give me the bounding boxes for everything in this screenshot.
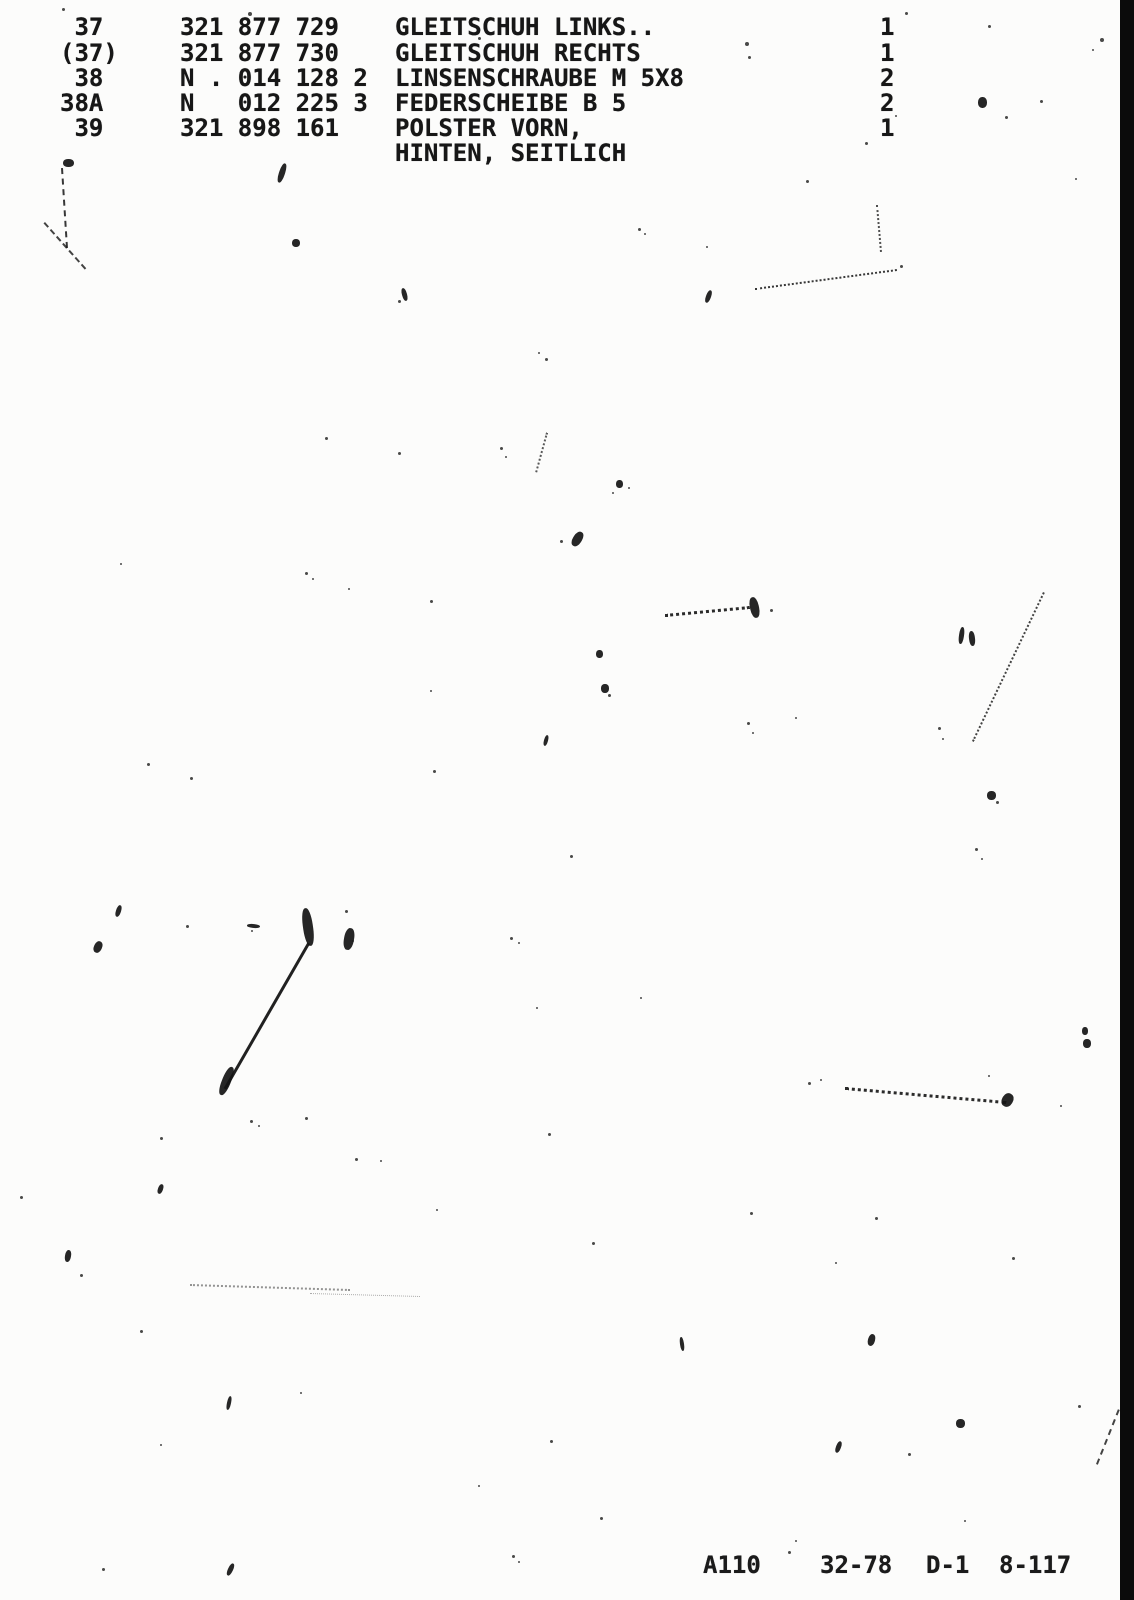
dust-speckle [745, 42, 749, 46]
ink-blob [601, 684, 609, 693]
scratch-mark [61, 168, 68, 248]
ink-blob [867, 1333, 877, 1346]
footer-catalog-code: A110 [703, 1552, 761, 1578]
dust-speckle [436, 1209, 438, 1211]
dust-speckle [835, 1262, 837, 1264]
dust-speckle [600, 1517, 603, 1520]
dust-speckle [964, 1520, 966, 1522]
dust-speckle [62, 8, 65, 11]
dust-speckle [795, 1540, 797, 1542]
dust-speckle [500, 447, 503, 450]
dust-speckle [820, 1079, 822, 1081]
parts-row: 38AN 012 225 3FEDERSCHEIBE B 52 [0, 90, 1134, 116]
dust-speckle [258, 1125, 260, 1127]
ink-blob [616, 480, 623, 488]
item-number-cell: 37 [60, 14, 103, 40]
item-number-cell: 39 [60, 115, 103, 141]
ink-blob [247, 923, 260, 928]
description-cell: LINSENSCHRAUBE M 5X8 [395, 65, 684, 91]
dust-speckle [900, 265, 903, 268]
dust-speckle [938, 727, 941, 730]
dust-speckle [880, 1555, 882, 1557]
dust-speckle [20, 1196, 23, 1199]
ink-blob [543, 735, 550, 747]
scratch-mark [223, 943, 310, 1090]
scan-edge-bar [1120, 0, 1134, 1600]
item-number-cell: (37) [60, 40, 118, 66]
dust-speckle [895, 115, 897, 117]
ink-blob [342, 927, 356, 950]
dust-speckle [570, 855, 573, 858]
ink-blob [748, 596, 761, 618]
dust-speckle [548, 1133, 551, 1136]
dust-speckle [80, 1274, 83, 1277]
ink-blob [679, 1337, 685, 1351]
dust-speckle [325, 437, 328, 440]
dust-speckle [433, 770, 436, 773]
dust-speckle [1092, 49, 1094, 51]
scratch-mark [876, 205, 882, 252]
dust-speckle [806, 180, 809, 183]
quantity-cell: 2 [880, 90, 894, 116]
scratch-mark [755, 269, 897, 290]
part-number-cell: N 012 225 3 [180, 90, 368, 116]
dust-speckle [305, 572, 308, 575]
dust-speckle [147, 763, 150, 766]
ink-blob [64, 1250, 72, 1263]
scratch-mark [845, 1087, 1006, 1104]
dust-speckle [300, 1392, 302, 1394]
dust-speckle [160, 1137, 163, 1140]
description-cell: FEDERSCHEIBE B 5 [395, 90, 626, 116]
quantity-cell: 2 [880, 65, 894, 91]
scratch-mark [1096, 1409, 1120, 1465]
dust-speckle [644, 233, 646, 235]
ink-blob [225, 1563, 235, 1577]
description-cell: POLSTER VORN, [395, 115, 583, 141]
dust-speckle [996, 801, 999, 804]
ink-blob [704, 290, 713, 304]
dust-speckle [750, 1212, 753, 1215]
dust-speckle [120, 563, 122, 565]
scratch-mark [310, 1293, 420, 1297]
part-number-cell: N . 014 128 2 [180, 65, 368, 91]
ink-blob [999, 1091, 1016, 1109]
dust-speckle [1012, 1257, 1015, 1260]
ink-blob [92, 940, 104, 954]
dust-speckle [248, 12, 252, 16]
item-number-cell: 38 [60, 65, 103, 91]
dust-speckle [592, 1242, 595, 1245]
dust-speckle [518, 1561, 520, 1563]
parts-row: 39321 898 161POLSTER VORN,1 [0, 115, 1134, 141]
ink-blob [1083, 1039, 1091, 1048]
dust-speckle [752, 732, 754, 734]
scratch-mark [535, 432, 548, 473]
dust-speckle [612, 492, 614, 494]
dust-speckle [545, 358, 548, 361]
ink-blob [63, 159, 74, 167]
item-number-cell: 38A [60, 90, 103, 116]
dust-speckle [478, 1485, 480, 1487]
dust-speckle [345, 910, 348, 913]
dust-speckle [510, 937, 513, 940]
dust-speckle [795, 717, 797, 719]
part-number-cell: 321 877 729 [180, 14, 339, 40]
dust-speckle [538, 352, 540, 354]
dust-speckle [905, 12, 908, 15]
quantity-cell: 1 [880, 40, 894, 66]
ink-blob [114, 905, 122, 918]
part-number-cell: 321 898 161 [180, 115, 339, 141]
dust-speckle [305, 1117, 308, 1120]
dust-speckle [640, 997, 642, 999]
dust-speckle [250, 1120, 253, 1123]
dust-speckle [788, 1551, 791, 1554]
dust-speckle [140, 1330, 143, 1333]
ink-blob [156, 1183, 164, 1194]
ink-blob [987, 791, 996, 800]
dust-speckle [981, 858, 983, 860]
dust-speckle [1075, 178, 1077, 180]
dust-speckle [348, 588, 350, 590]
ink-blob [596, 650, 603, 658]
dust-speckle [398, 452, 401, 455]
description-cell: GLEITSCHUH RECHTS [395, 40, 641, 66]
dust-speckle [770, 609, 773, 612]
dust-speckle [748, 56, 751, 59]
quantity-cell: 1 [880, 115, 894, 141]
dust-speckle [1078, 1405, 1081, 1408]
ink-blob [300, 907, 315, 946]
dust-speckle [988, 25, 991, 28]
description-cell: GLEITSCHUH LINKS.. [395, 14, 655, 40]
dust-speckle [608, 694, 611, 697]
dust-speckle [706, 246, 708, 248]
quantity-cell: 1 [880, 14, 894, 40]
dust-speckle [638, 228, 641, 231]
dust-speckle [865, 142, 868, 145]
footer-section-code: D-1 [926, 1552, 969, 1578]
scanned-document-page: 37321 877 729GLEITSCHUH LINKS..1(37)321 … [0, 0, 1134, 1600]
dust-speckle [430, 690, 432, 692]
dust-speckle [380, 1160, 382, 1162]
dust-speckle [628, 487, 630, 489]
ink-blob [292, 239, 300, 247]
ink-blob [968, 631, 976, 647]
dust-speckle [518, 942, 520, 944]
dust-speckle [536, 1007, 538, 1009]
dust-speckle [312, 578, 314, 580]
ink-blob [958, 627, 965, 645]
footer-page-reference: 8-117 [999, 1552, 1071, 1578]
parts-row: (37)321 877 730GLEITSCHUH RECHTS1 [0, 40, 1134, 66]
parts-table: 37321 877 729GLEITSCHUH LINKS..1(37)321 … [0, 0, 1134, 170]
dust-speckle [102, 1568, 105, 1571]
dust-speckle [560, 540, 563, 543]
dust-speckle [190, 777, 193, 780]
dust-speckle [747, 722, 750, 725]
dust-speckle [988, 1075, 990, 1077]
ink-blob [1082, 1027, 1088, 1035]
dust-speckle [1010, 1557, 1012, 1559]
parts-row: 38N . 014 128 2LINSENSCHRAUBE M 5X82 [0, 65, 1134, 91]
dust-speckle [1005, 116, 1008, 119]
dust-speckle [550, 1440, 553, 1443]
part-number-cell: 321 877 730 [180, 40, 339, 66]
dust-speckle [478, 37, 481, 40]
dust-speckle [942, 738, 944, 740]
dust-speckle [352, 940, 354, 942]
dust-speckle [251, 930, 253, 932]
dust-speckle [808, 1082, 811, 1085]
scratch-mark [972, 592, 1045, 742]
ink-blob [978, 97, 987, 108]
description-cell: HINTEN, SEITLICH [395, 140, 626, 166]
dust-speckle [975, 848, 978, 851]
dust-speckle [398, 300, 401, 303]
parts-row: 37321 877 729GLEITSCHUH LINKS..1 [0, 14, 1134, 40]
dust-speckle [160, 1444, 162, 1446]
ink-blob [400, 288, 408, 302]
ink-blob [834, 1441, 843, 1454]
dust-speckle [875, 1217, 878, 1220]
dust-speckle [430, 600, 433, 603]
dust-speckle [908, 1453, 911, 1456]
ink-blob [956, 1419, 965, 1428]
dust-speckle [186, 925, 189, 928]
dust-speckle [512, 1555, 515, 1558]
dust-speckle [1040, 100, 1043, 103]
ink-blob [217, 1065, 237, 1096]
scratch-mark [190, 1284, 350, 1291]
ink-blob [569, 530, 585, 548]
scratch-mark [665, 606, 750, 617]
dust-speckle [1100, 38, 1104, 42]
ink-blob [226, 1396, 233, 1411]
dust-speckle [505, 456, 507, 458]
dust-speckle [355, 1158, 358, 1161]
parts-row: HINTEN, SEITLICH [0, 140, 1134, 166]
dust-speckle [1060, 1105, 1062, 1107]
